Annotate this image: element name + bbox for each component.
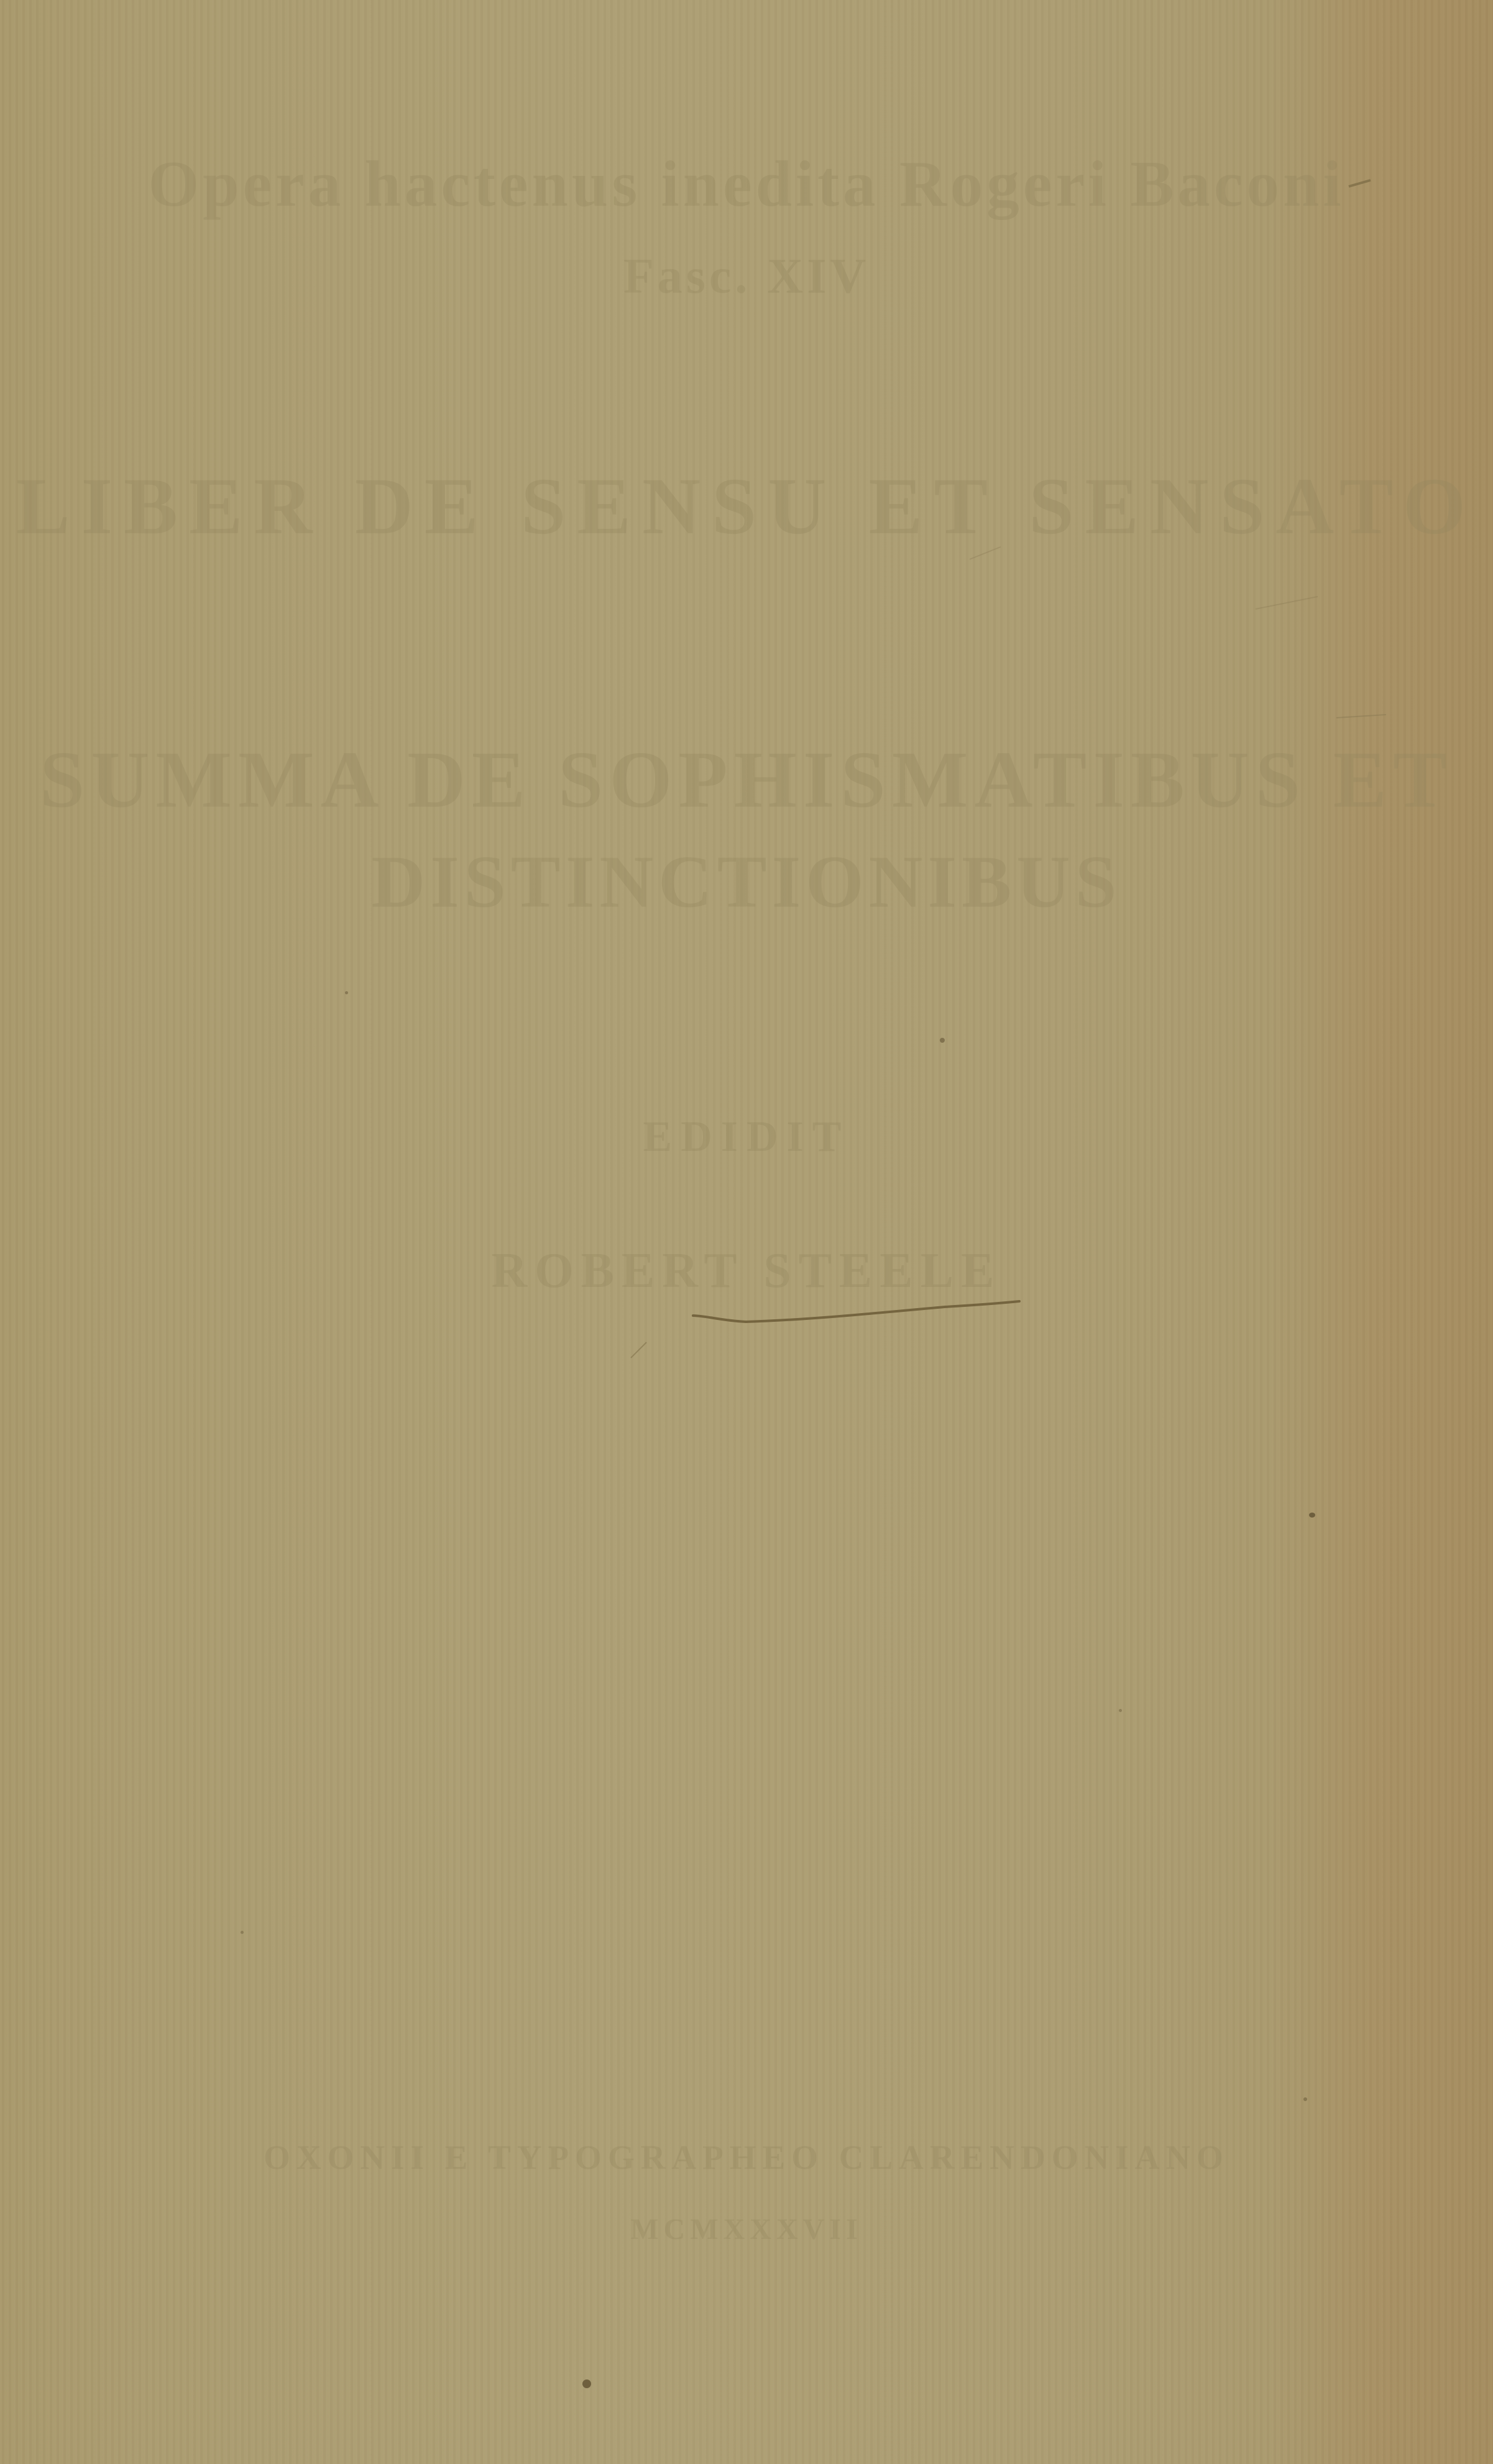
foxing-speck (582, 2379, 591, 2388)
foxing-speck (345, 991, 348, 994)
foxing-speck (241, 1931, 244, 1934)
pen-stroke-mark (0, 0, 1493, 2464)
foxing-speck (1309, 1513, 1315, 1518)
foxing-speck (940, 1038, 945, 1043)
foxing-speck (1303, 2097, 1307, 2101)
foxing-speck (1119, 1709, 1122, 1712)
